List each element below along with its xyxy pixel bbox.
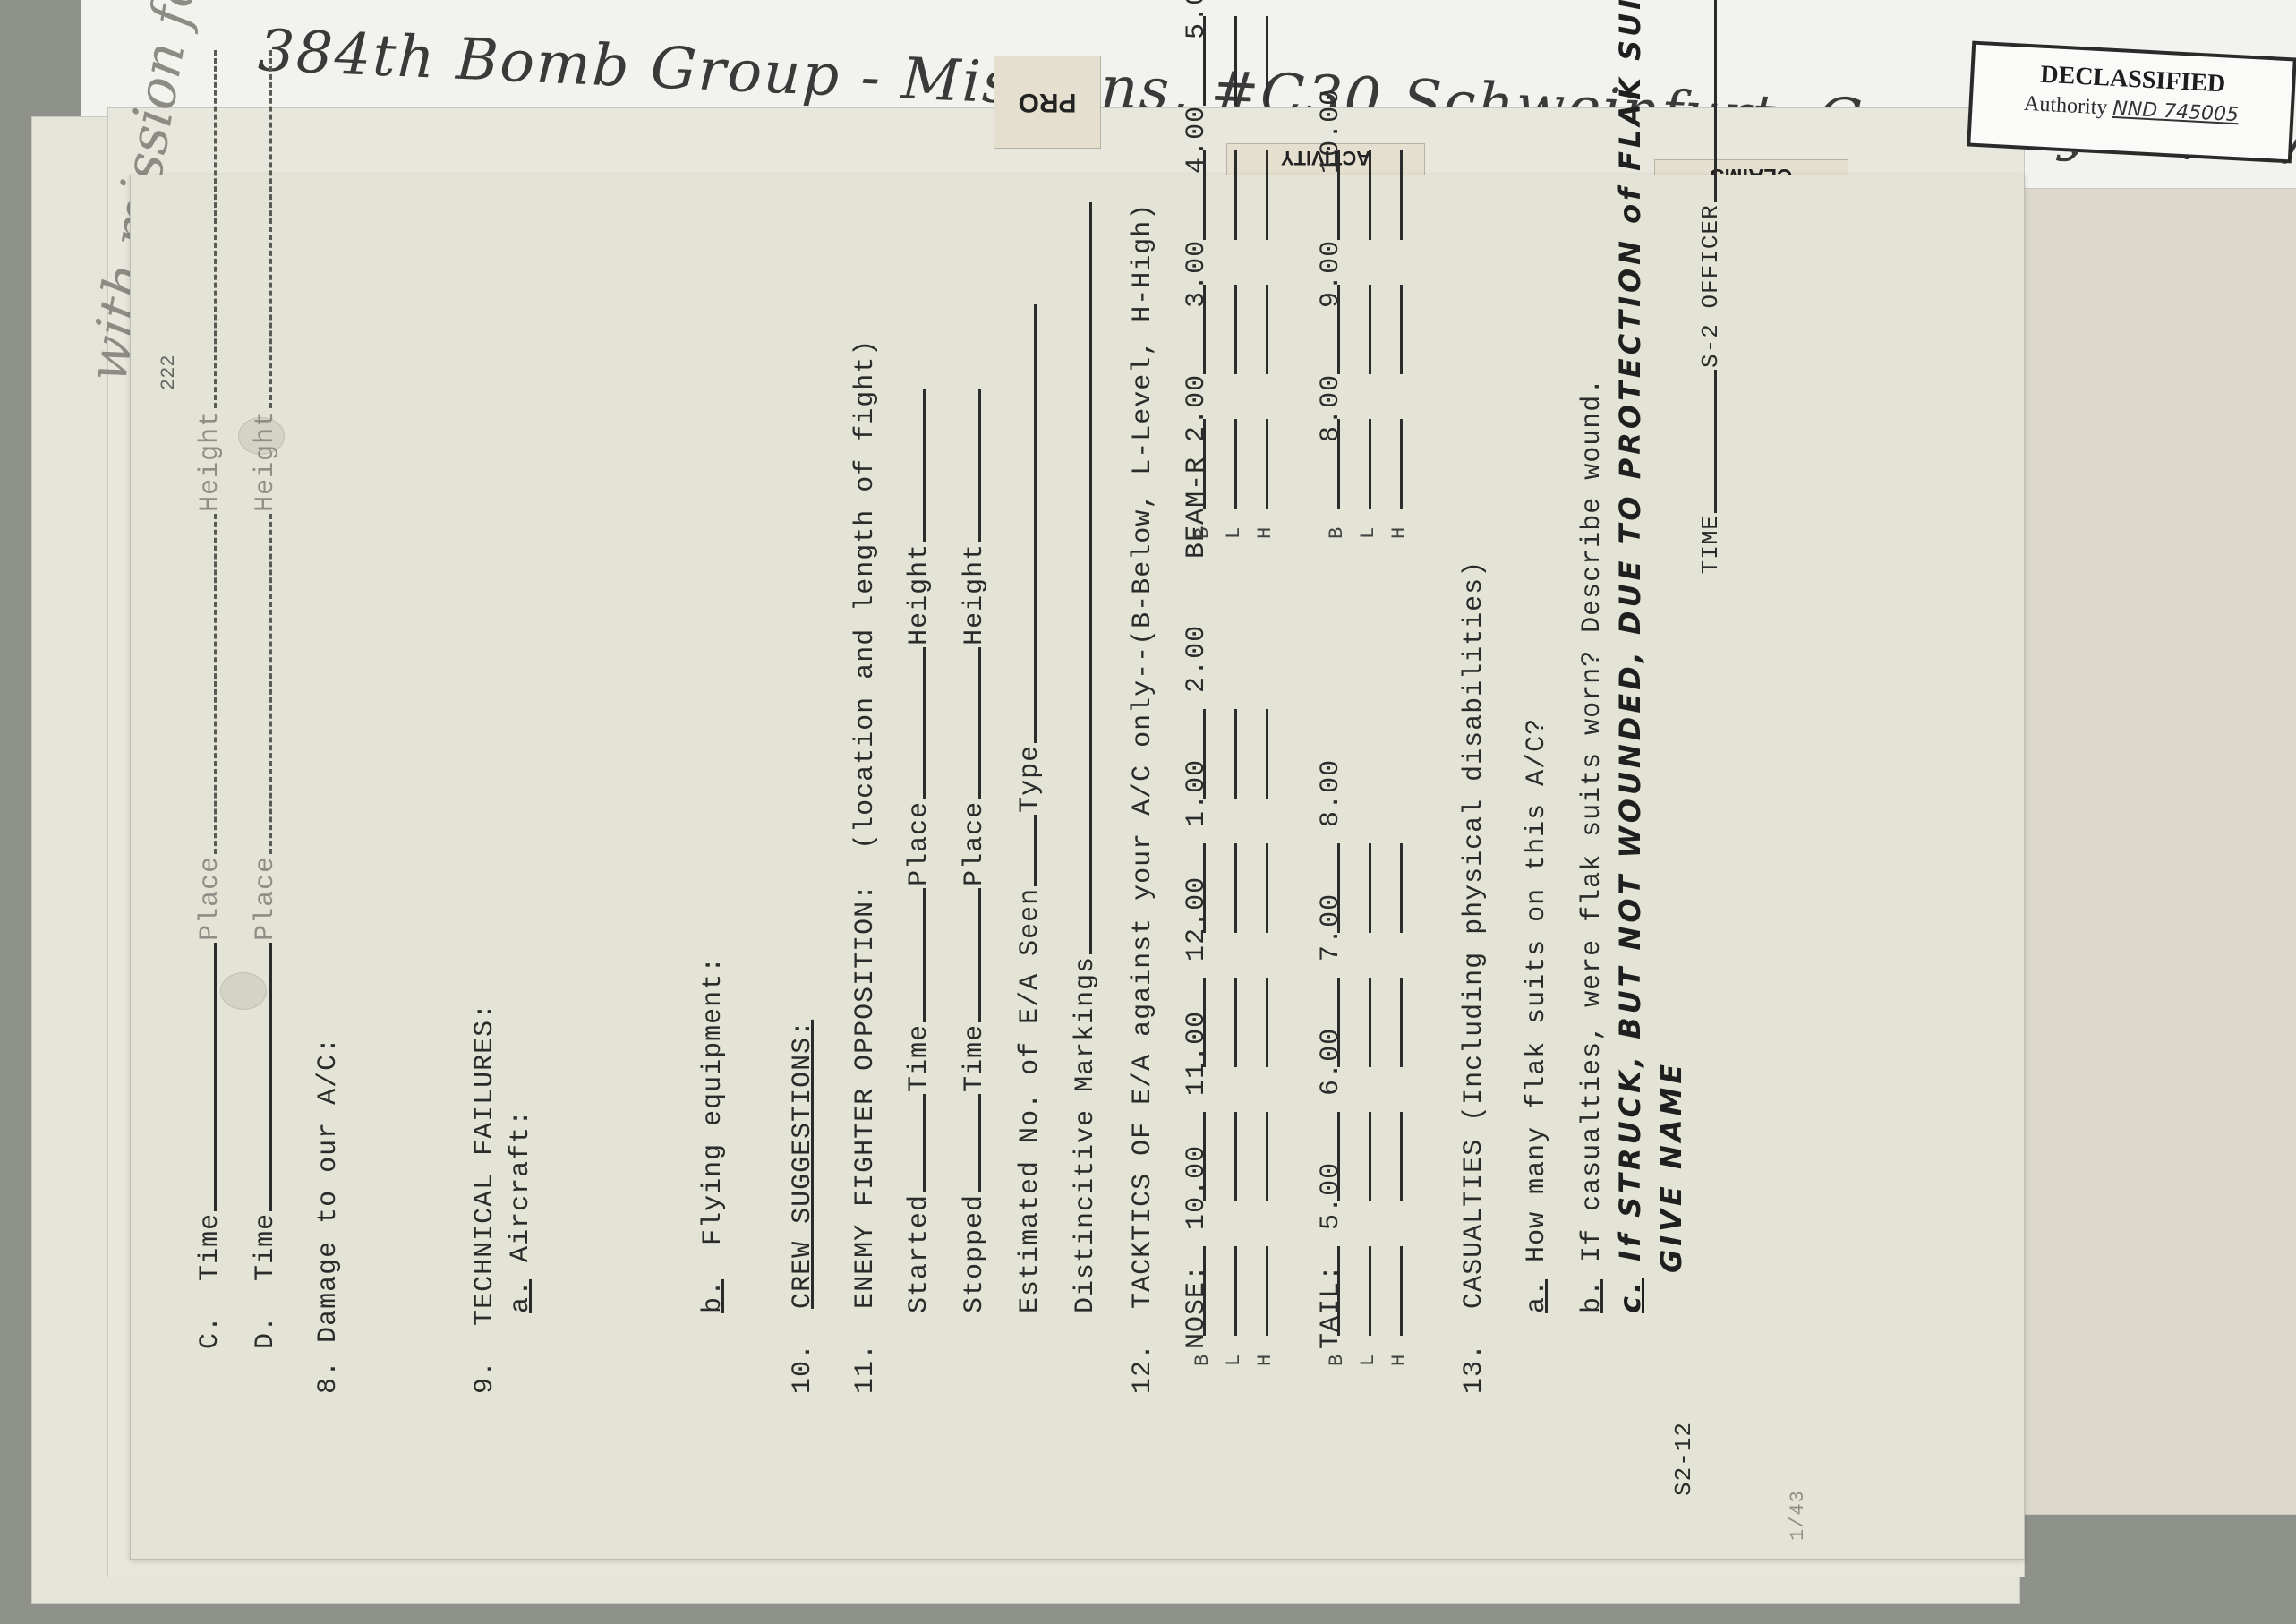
tactics-field[interactable]: [1399, 843, 1403, 933]
height-field[interactable]: [269, 50, 272, 408]
height-field[interactable]: [923, 389, 926, 542]
level-label: B: [1191, 1336, 1214, 1366]
tail-b-row: BB: [1326, 106, 1348, 1366]
level-label: L: [1223, 509, 1245, 539]
tactics-field[interactable]: [1202, 285, 1206, 374]
tactics-field[interactable]: [1368, 1112, 1371, 1201]
tactics-field[interactable]: [1265, 843, 1268, 933]
authority-value: NND 745005: [2112, 98, 2240, 126]
place-field[interactable]: [214, 514, 217, 854]
type-field[interactable]: [1034, 304, 1037, 743]
tactics-field[interactable]: [1202, 709, 1206, 799]
tactics-field[interactable]: [1265, 978, 1268, 1067]
tactics-field[interactable]: [1233, 978, 1237, 1067]
item-number: 8.: [313, 1360, 344, 1394]
tactics-field[interactable]: [1399, 1246, 1403, 1336]
time-field[interactable]: [269, 943, 272, 1211]
level-label: H: [1388, 509, 1411, 539]
height-field[interactable]: [214, 50, 217, 408]
time-field[interactable]: [978, 888, 981, 1022]
markings-field[interactable]: [1089, 202, 1092, 954]
time-label: TIME: [1697, 515, 1724, 574]
nose-l-row: LL: [1223, 0, 1245, 1366]
tactics-field[interactable]: [1265, 285, 1268, 374]
interrogation-form-sheet: 222 C. TimePlaceHeight D. TimePlaceHeigh…: [130, 175, 2025, 1560]
tactics-field[interactable]: [1202, 1112, 1206, 1201]
item-7d-label: D.: [251, 1315, 281, 1349]
tactics-field[interactable]: [1202, 16, 1206, 106]
tactics-field[interactable]: [1336, 843, 1340, 933]
tactics-field[interactable]: [1336, 978, 1340, 1067]
tactics-field[interactable]: [1399, 285, 1403, 374]
nose-h-row: HH: [1254, 0, 1276, 1366]
tactics-field[interactable]: [1336, 1246, 1340, 1336]
tab-pro[interactable]: PRO: [994, 56, 1101, 149]
tactics-field[interactable]: [1336, 419, 1340, 509]
markings-label: Distincitive Markings: [1071, 956, 1101, 1313]
tactics-field[interactable]: [1336, 285, 1340, 374]
form-id: S2-12: [1670, 1422, 1697, 1496]
tactics-field[interactable]: [1233, 709, 1237, 799]
sub-item-label: a.: [506, 1279, 536, 1313]
level-label: L: [1357, 509, 1379, 539]
level-label: B: [1326, 509, 1348, 539]
item-number: 10.: [788, 1343, 818, 1394]
casualties-label: CASUALTIES (Including physical disabilit…: [1459, 560, 1489, 1309]
tactics-field[interactable]: [1368, 843, 1371, 933]
tactics-field[interactable]: [1399, 150, 1403, 240]
declassified-stamp: DECLASSIFIED Authority NND 745005: [1967, 41, 2296, 164]
tactics-field[interactable]: [1368, 150, 1371, 240]
s2-officer-signature-field[interactable]: [1714, 0, 1717, 202]
level-label: H: [1388, 1336, 1411, 1366]
item-8-row: 8. Damage to our A/C:: [283, 1037, 374, 1496]
nose-b-row: BB: [1191, 0, 1214, 1366]
tail-l-row: LL: [1357, 106, 1379, 1366]
paper-stack-layer: [2014, 188, 2296, 1515]
started-field[interactable]: [923, 1094, 926, 1192]
tactics-field[interactable]: [1233, 285, 1237, 374]
tactics-field[interactable]: [1202, 1246, 1206, 1336]
tactics-field[interactable]: [1265, 150, 1268, 240]
level-label: L: [1223, 1336, 1245, 1366]
authority-label: Authority: [2023, 92, 2108, 120]
tactics-field[interactable]: [1265, 16, 1268, 106]
stopped-field[interactable]: [978, 1094, 981, 1192]
height-label: Height: [251, 410, 281, 512]
tactics-field[interactable]: [1336, 1112, 1340, 1201]
tactics-field[interactable]: [1265, 709, 1268, 799]
level-label: H: [1254, 1336, 1276, 1366]
place-field[interactable]: [978, 647, 981, 799]
tactics-field[interactable]: [1368, 978, 1371, 1067]
crew-suggestions-label: CREW SUGGESTIONS:: [788, 1020, 818, 1309]
level-label: B: [1191, 509, 1214, 539]
nose-grid: BB LL HH: [1191, 0, 1276, 1366]
tactics-field[interactable]: [1233, 150, 1237, 240]
tactics-field[interactable]: [1202, 978, 1206, 1067]
tactics-field[interactable]: [1399, 1112, 1403, 1201]
time-field[interactable]: [923, 888, 926, 1022]
tactics-field[interactable]: [1202, 419, 1206, 509]
tactics-field[interactable]: [1265, 1112, 1268, 1201]
height-field[interactable]: [978, 389, 981, 542]
tactics-field[interactable]: [1202, 843, 1206, 933]
item-9b-row: b. Flying equipment:: [668, 956, 759, 1415]
tactics-field[interactable]: [1336, 150, 1340, 240]
tactics-field[interactable]: [1233, 1112, 1237, 1201]
tactics-field[interactable]: [1233, 843, 1237, 933]
tactics-field[interactable]: [1399, 978, 1403, 1067]
damage-label: Damage to our A/C:: [313, 1037, 344, 1343]
tail-grid: BB LL HH: [1326, 106, 1411, 1366]
time-field[interactable]: [214, 943, 217, 1211]
tactics-field[interactable]: [1368, 1246, 1371, 1336]
estimated-field[interactable]: [1034, 815, 1037, 886]
signature-row: TIMES-2 OFFICER: [1670, 0, 1751, 663]
place-field[interactable]: [923, 647, 926, 799]
tail-h-row: HH: [1388, 106, 1411, 1366]
time-field[interactable]: [1714, 370, 1717, 513]
tactics-field[interactable]: [1202, 150, 1206, 240]
tactics-field[interactable]: [1368, 419, 1371, 509]
tactics-field[interactable]: [1265, 419, 1268, 509]
tactics-field[interactable]: [1233, 16, 1237, 106]
time-label: Time: [251, 1213, 281, 1281]
form-content: 222 C. TimePlaceHeight D. TimePlaceHeigh…: [131, 175, 2024, 1559]
level-label: L: [1357, 1336, 1379, 1366]
item-13c-row-2: GIVE NAME: [1624, 1061, 1720, 1375]
place-label: Place: [251, 856, 281, 941]
item-number: 13.: [1459, 1343, 1489, 1394]
tactics-field[interactable]: [1233, 419, 1237, 509]
flying-equipment-label: Flying equipment:: [698, 956, 729, 1245]
tactics-field[interactable]: [1233, 1246, 1237, 1336]
s2-officer-label: S-2 OFFICER: [1697, 204, 1724, 368]
corner-note: 1/43: [1787, 1490, 1809, 1541]
level-label: B: [1326, 1336, 1348, 1366]
item-9a-row: a. Aircraft:: [475, 1109, 567, 1415]
aircraft-label: Aircraft:: [506, 1109, 536, 1262]
sub-item-label: b.: [698, 1279, 729, 1313]
place-field[interactable]: [269, 514, 272, 854]
tactics-field[interactable]: [1399, 419, 1403, 509]
level-label: H: [1254, 509, 1276, 539]
tactics-field[interactable]: [1265, 1246, 1268, 1336]
tactics-field[interactable]: [1368, 285, 1371, 374]
handwritten-note: GIVE NAME: [1654, 1061, 1688, 1273]
